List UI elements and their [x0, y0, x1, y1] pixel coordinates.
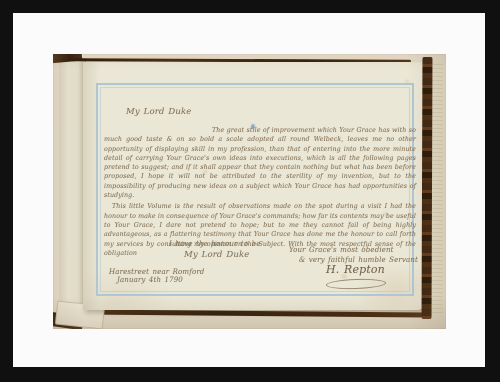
letter-body: The great stile of improvement which You…: [104, 126, 416, 258]
book-photograph: My Lord Duke The great stile of improvem…: [53, 54, 446, 329]
valediction-line-3: Your Grace's most obedient: [289, 246, 394, 254]
valediction-line-2: My Lord Duke: [184, 250, 249, 260]
letter-salutation: My Lord Duke: [126, 107, 191, 117]
left-page-gutter: [59, 58, 86, 320]
leather-fore-edge: [422, 57, 433, 319]
letter-paragraph-1: The great stile of improvement which You…: [104, 126, 416, 200]
signature: H. Repton: [326, 263, 385, 276]
letter-page: My Lord Duke The great stile of improvem…: [83, 62, 424, 310]
valediction-line-1: I have the honour to be: [169, 240, 261, 248]
white-matte: My Lord Duke The great stile of improvem…: [13, 13, 485, 367]
letter-address: Harestreet near Romford: [109, 268, 204, 276]
foxing-spot: [405, 80, 409, 83]
letter-date: January 4th 1790: [117, 276, 183, 284]
page-edges-right: [432, 61, 443, 313]
book-bottom-edge: [79, 309, 429, 317]
